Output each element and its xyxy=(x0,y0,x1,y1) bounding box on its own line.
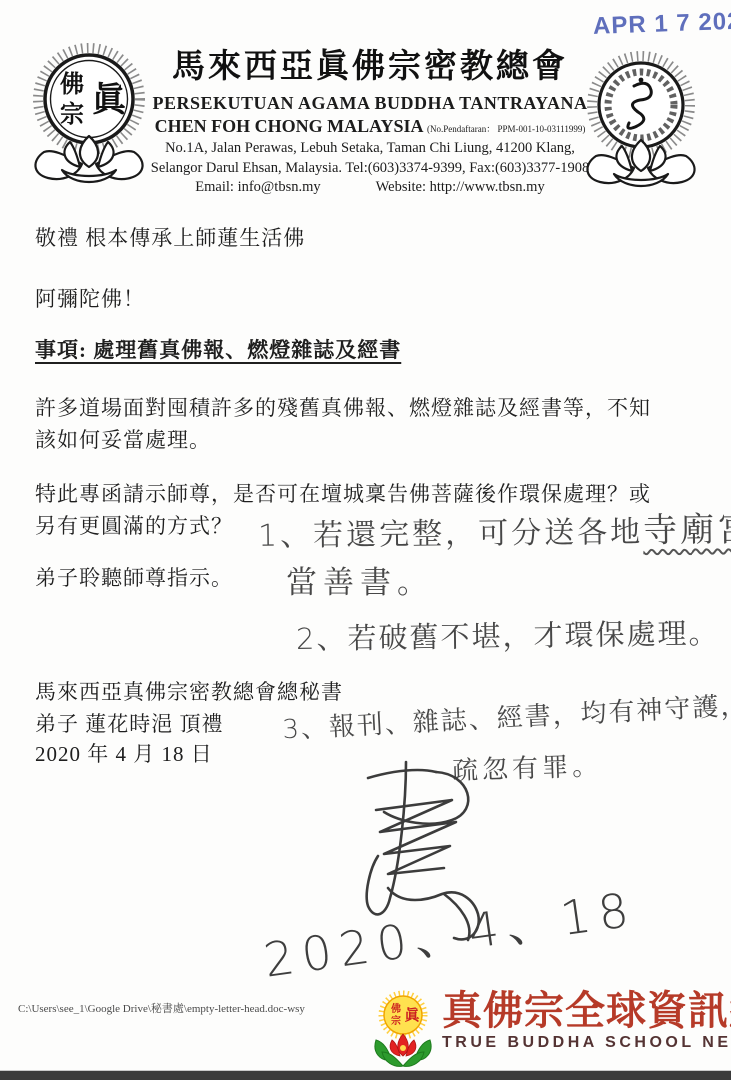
address-line-1: No.1A, Jalan Perawas, Lebuh Setaka, Tama… xyxy=(150,140,590,157)
subject-line: 事項: 處理舊真佛報、燃燈雜誌及經書 xyxy=(35,334,401,364)
tbsn-english-name: TRUE BUDDHA SCHOOL NET xyxy=(442,1034,731,1052)
letterhead: 馬來西亞眞佛宗密教總會 PERSEKUTUAN AGAMA BUDDHA TAN… xyxy=(150,40,590,196)
paragraph1-line2: 該如何妥當處理。 xyxy=(35,424,211,454)
org-name-malay: PERSEKUTUAN AGAMA BUDDHA TANTRAYANA xyxy=(150,93,590,114)
true-buddha-school-seal-left-icon: 佛 宗 眞 xyxy=(22,36,156,199)
registration-number: (No.Pendaftaran： PPM-001-10-03111999) xyxy=(427,124,585,134)
greeting-line: 阿彌陀佛！ xyxy=(35,283,145,313)
handwritten-note-3-line1: 3、報刊、雜誌、經書，均有神守護， xyxy=(281,685,731,746)
tbsn-chinese-name: 真佛宗全球資訊網 xyxy=(442,990,731,1032)
document-file-path: C:\Users\see_1\Google Drive\秘書處\empty-le… xyxy=(18,1000,305,1016)
tbsn-seal-char2: 宗 xyxy=(391,1014,401,1027)
handwritten-note-1-line2: 當善書。 xyxy=(286,557,434,602)
seal-char-fo: 佛 xyxy=(60,71,84,98)
tbsn-emblem-icon: 佛 宗 眞 xyxy=(372,990,434,1072)
paragraph1-line1: 許多道場面對囤積許多的殘舊真佛報、燃燈雜誌及經書等，不知 xyxy=(35,392,651,422)
bottom-edge-bar xyxy=(0,1070,731,1080)
seal-char-zhen: 眞 xyxy=(92,81,128,119)
tbsn-seal-char3: 眞 xyxy=(404,1006,420,1024)
sanskrit-seed-syllable-seal-right-icon xyxy=(576,44,706,203)
salutation-line: 敬禮 根本傳承上師蓮生活佛 xyxy=(35,222,305,252)
note1-underlined-temples: 寺廟宮堂 xyxy=(643,509,731,551)
received-date-stamp: APR 1 7 2020 xyxy=(593,7,731,41)
closing-line: 弟子聆聽師尊指示。 xyxy=(35,562,233,592)
signoff-organization: 馬來西亞真佛宗密教總會總秘書 xyxy=(35,676,343,706)
note1-prefix: 1、若還完整，可分送各地 xyxy=(258,515,643,554)
signoff-name: 弟子 蓮花時浥 頂禮 xyxy=(35,708,224,738)
scanned-letter-document: 佛 宗 眞 xyxy=(0,0,731,1080)
email-text: Email: info@tbsn.my xyxy=(195,179,320,195)
true-buddha-school-net-logo: 佛 宗 眞 真佛宗全球資訊網 TRUE BUDDHA SCHOOL NET xyxy=(372,990,731,1072)
handwritten-note-1-line1: 1、若還完整，可分送各地寺廟宮堂 xyxy=(258,501,731,556)
address-line-2: Selangor Darul Ehsan, Malaysia. Tel:(603… xyxy=(150,160,590,177)
handwritten-note-2: 2、若破舊不堪，才環保處理。 xyxy=(296,611,720,658)
paragraph2-line2: 另有更圓滿的方式？ xyxy=(35,510,233,540)
contact-line: Email: info@tbsn.myWebsite: http://www.t… xyxy=(150,179,590,196)
org-name-en-text: CHEN FOH CHONG MALAYSIA xyxy=(155,116,423,136)
signoff-date: 2020 年 4 月 18 日 xyxy=(35,738,213,768)
seal-char-zong: 宗 xyxy=(60,101,84,128)
tbsn-seal-char1: 佛 xyxy=(390,1002,401,1015)
org-name-english: CHEN FOH CHONG MALAYSIA (No.Pendaftaran：… xyxy=(150,116,590,137)
website-text: Website: http://www.tbsn.my xyxy=(376,179,545,195)
org-title-chinese: 馬來西亞眞佛宗密教總會 xyxy=(150,40,590,87)
